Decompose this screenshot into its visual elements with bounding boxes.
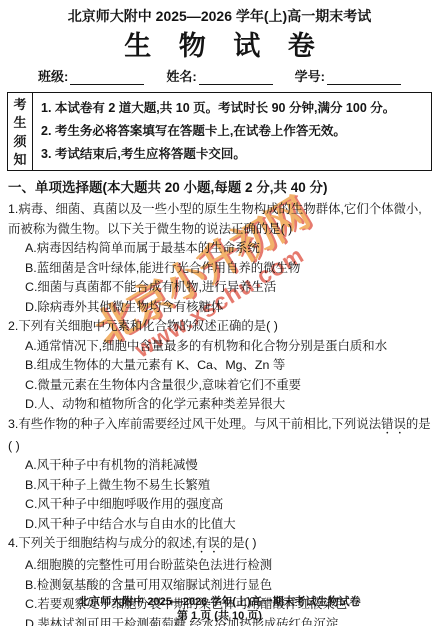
section-heading: 一、单项选择题(本大题共 20 小题,每题 2 分,共 40 分) [8, 178, 431, 198]
question-option: B.检测氨基酸的含量可用双缩脲试剂进行显色 [8, 576, 431, 596]
name-field-label: 姓名: [166, 66, 196, 85]
footer-page-number: 第 1 页 (共 10 页) [0, 609, 439, 623]
question-option: A.病毒因结构简单而属于最基本的生命系统 [8, 239, 431, 259]
question-option: B.风干种子上微生物不易生长繁殖 [8, 476, 431, 496]
question-stem: 1.病毒、细菌、真菌以及一些小型的原生生物构成的生物群体,它们个体微小,而被称为… [8, 200, 431, 239]
question-option: A.通常情况下,细胞中含量最多的有机物和化合物分别是蛋白质和水 [8, 337, 431, 357]
question-option: A.风干种子中有机物的消耗减慢 [8, 456, 431, 476]
notice-item: 3. 考试结束后,考生应将答题卡交回。 [41, 143, 423, 166]
emphasized-text: 错误 [381, 417, 406, 431]
notice-items: 1. 本试卷有 2 道大题,共 10 页。考试时长 90 分钟,满分 100 分… [33, 93, 431, 170]
question: 1.病毒、细菌、真菌以及一些小型的原生生物构成的生物群体,它们个体微小,而被称为… [8, 200, 431, 317]
exam-header-line: 北京师大附中 2025—2026 学年(上)高一期末考试 [0, 0, 439, 25]
notice-side-char: 生 [13, 116, 26, 130]
notice-item: 2. 考生务必将答案填写在答题卡上,在试卷上作答无效。 [41, 120, 423, 143]
student-id-field: 学号: [295, 66, 401, 85]
question: 3.有些作物的种子入库前需要经过风干处理。与风干前相比,下列说法错误的是( )A… [8, 415, 431, 535]
question-option: D.风干种子中结合水与自由水的比值大 [8, 515, 431, 535]
question-stem: 4.下列关于细胞结构与成分的叙述,有误的是( ) [8, 534, 431, 556]
questions: 1.病毒、细菌、真菌以及一些小型的原生生物构成的生物群体,它们个体微小,而被称为… [8, 200, 431, 626]
question: 2.下列有关细胞中元素和化合物的叙述正确的是( )A.通常情况下,细胞中含量最多… [8, 317, 431, 415]
notice-item: 1. 本试卷有 2 道大题,共 10 页。考试时长 90 分钟,满分 100 分… [41, 97, 423, 120]
notice-side-char: 考 [13, 98, 26, 112]
notice-box: 考生须知 1. 本试卷有 2 道大题,共 10 页。考试时长 90 分钟,满分 … [7, 92, 432, 171]
emphasized-text: 有误 [195, 536, 220, 550]
exam-paper-page: 北京小升初网 www.xschu.com 北京师大附中 2025—2026 学年… [0, 0, 439, 626]
question-option: A.细胞膜的完整性可用台盼蓝染色法进行检测 [8, 556, 431, 576]
student-id-field-blank [327, 71, 401, 85]
question-option: C.微量元素在生物体内含量很少,意味着它们不重要 [8, 376, 431, 396]
question-option: B.组成生物体的大量元素有 K、Ca、Mg、Zn 等 [8, 356, 431, 376]
question-option: D.人、动物和植物所含的化学元素种类差异很大 [8, 395, 431, 415]
notice-side-label: 考生须知 [8, 93, 33, 170]
name-field: 姓名: [166, 66, 272, 85]
class-field-label: 班级: [38, 66, 68, 85]
paper-title: 生 物 试 卷 [0, 31, 439, 61]
footer-paper-name: 北京师大附中 2025—2026 学年(上)高一期末考试生物试卷 [0, 595, 439, 609]
question-option: C.风干种子中细胞呼吸作用的强度高 [8, 495, 431, 515]
student-id-field-label: 学号: [295, 66, 325, 85]
notice-side-char: 须 [13, 135, 26, 149]
name-field-blank [199, 71, 273, 85]
question-stem: 2.下列有关细胞中元素和化合物的叙述正确的是( ) [8, 317, 431, 337]
question-option: D.除病毒外其他微生物均含有核糖体 [8, 298, 431, 318]
class-field-blank [70, 71, 144, 85]
notice-side-char: 知 [13, 153, 26, 167]
question-option: B.蓝细菌是含叶绿体,能进行光合作用自养的微生物 [8, 259, 431, 279]
fields-row: 班级:姓名:学号: [0, 66, 439, 85]
question-option: C.细菌与真菌都不能合成有机物,进行异养生活 [8, 278, 431, 298]
page-footer: 北京师大附中 2025—2026 学年(上)高一期末考试生物试卷 第 1 页 (… [0, 595, 439, 623]
question-stem: 3.有些作物的种子入库前需要经过风干处理。与风干前相比,下列说法错误的是( ) [8, 415, 431, 457]
class-field: 班级: [38, 66, 144, 85]
